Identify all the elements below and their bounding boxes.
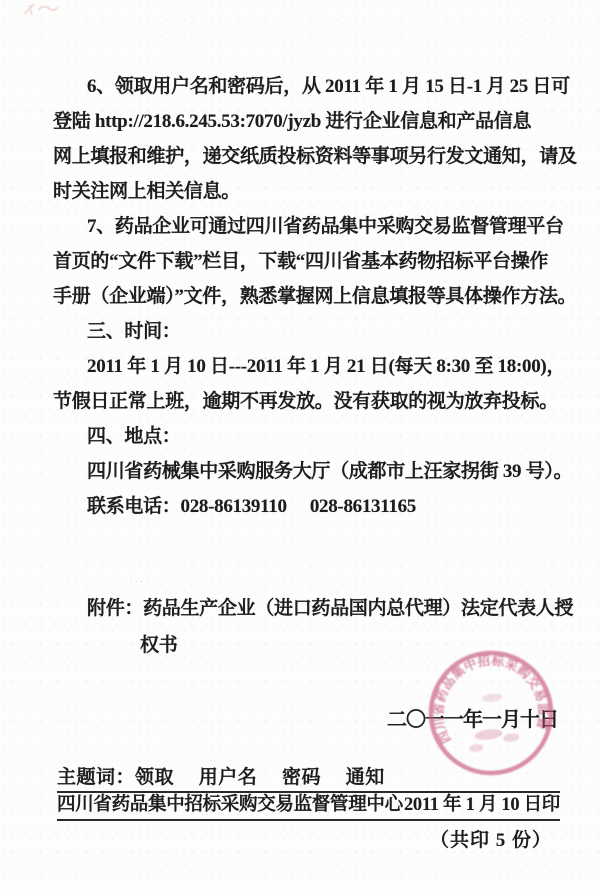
- issue-date: 二〇一一年一月十日: [387, 703, 558, 732]
- issuer-name: 四川省药品集中招标采购交易监督管理中心: [57, 793, 403, 818]
- document-body: 6、领取用户名和密码后，从 2011 年 1 月 15 日-1 月 25 日可 …: [53, 69, 559, 524]
- attachment-line: 附件：药品生产企业（进口药品国内总代理）法定代表人授: [53, 590, 559, 627]
- footer: 主题词：领取 用户名 密码 通知 四川省药品集中招标采购交易监督管理中心 201…: [57, 766, 560, 852]
- body-line: 四川省药械集中采购服务大厅（成都市上汪家拐街 39 号）。: [53, 454, 559, 489]
- scanner-speck: ...: [130, 574, 152, 579]
- print-date: 2011 年 1 月 10 日印: [404, 793, 560, 818]
- body-line: 节假日正常上班，逾期不再发放。没有获取的视为放弃投标。: [53, 384, 559, 419]
- corner-red-smudge-mark: [20, 1, 60, 19]
- divider-line-bottom: [57, 819, 560, 821]
- body-line: 手册（企业端）”文件，熟悉掌握网上信息填报等具体操作方法。: [53, 279, 559, 314]
- section-heading-time: 三、时间：: [53, 314, 559, 349]
- body-line: 登陆 http://218.6.245.53:7070/jyzb 进行企业信息和…: [53, 104, 559, 139]
- body-line: 时关注网上相关信息。: [53, 174, 559, 209]
- section-heading-place: 四、地点：: [53, 419, 559, 454]
- copies-count: （共印 5 份）: [57, 825, 560, 852]
- body-line: 网上填报和维护，递交纸质投标资料等事项另行发文通知，请及: [53, 139, 559, 174]
- attachment-line: 权书: [53, 627, 559, 664]
- document-page: 6、领取用户名和密码后，从 2011 年 1 月 15 日-1 月 25 日可 …: [0, 0, 600, 889]
- body-line: 2011 年 1 月 10 日---2011 年 1 月 21 日(每天 8:3…: [53, 349, 559, 384]
- body-line: 6、领取用户名和密码后，从 2011 年 1 月 15 日-1 月 25 日可: [53, 69, 559, 104]
- attachment-note: 附件：药品生产企业（进口药品国内总代理）法定代表人授 权书: [53, 590, 559, 664]
- subject-keywords: 主题词：领取 用户名 密码 通知: [57, 766, 560, 790]
- body-line: 7、药品企业可通过四川省药品集中采购交易监督管理平台: [53, 209, 559, 244]
- contact-phone-line: 联系电话：028-86139110 028-86131165: [53, 489, 559, 524]
- body-line: 首页的“文件下载”栏目，下载“四川省基本药物招标平台操作: [53, 244, 559, 279]
